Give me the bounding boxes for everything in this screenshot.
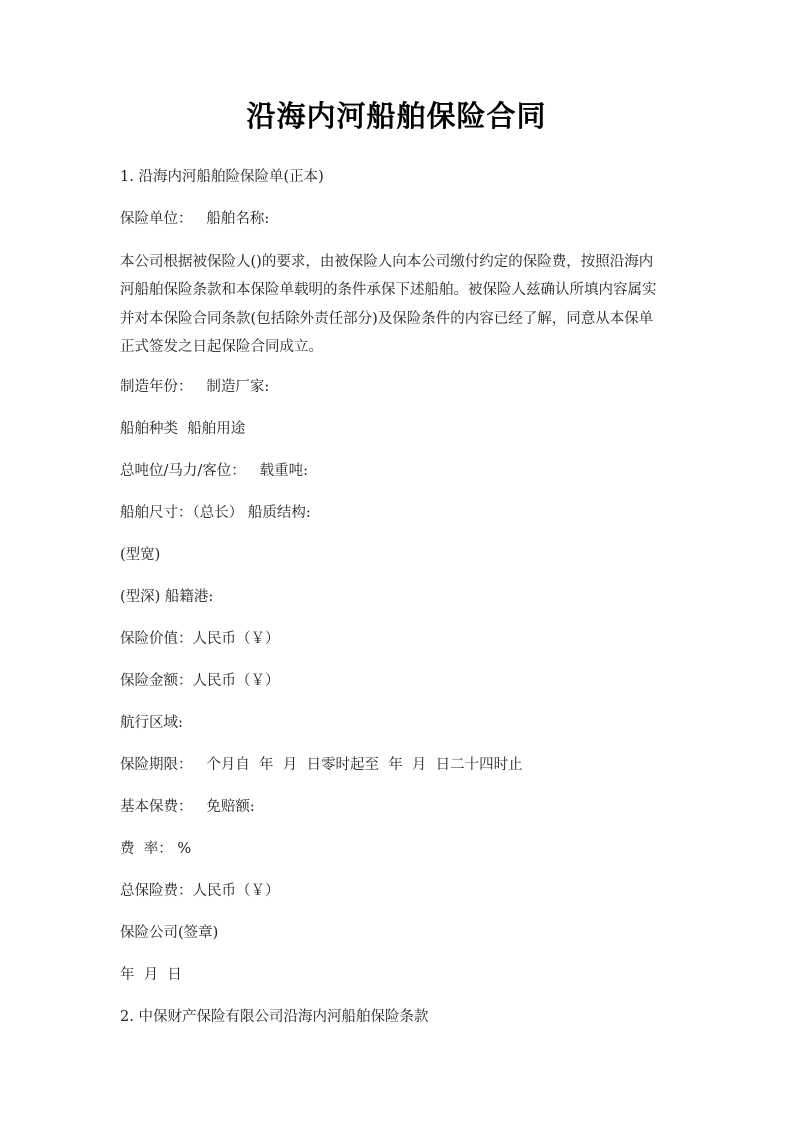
field-insured-value: 保险价值：人民币（￥） xyxy=(120,629,280,649)
section-1-heading: 1. 沿海内河船舶险保险单(正本) xyxy=(120,167,324,187)
intro-paragraph-line: 本公司根据被保险人()的要求，由被保险人向本公司缴付约定的保险费，按照沿海内 xyxy=(120,248,678,276)
field-basic-premium: 基本保费： 免赔额: xyxy=(120,797,255,817)
field-tonnage: 总吨位/马力/客位： 载重吨: xyxy=(120,461,308,481)
intro-paragraph: 本公司根据被保险人()的要求，由被保险人向本公司缴付约定的保险费，按照沿海内 河… xyxy=(120,248,678,361)
field-manufacture-year: 制造年份： 制造厂家: xyxy=(120,377,269,397)
intro-paragraph-line: 并对本保险合同条款(包括除外责任部分)及保险条件的内容已经了解，同意从本保单 xyxy=(120,305,678,333)
field-total-premium: 总保险费：人民币（￥） xyxy=(120,881,280,901)
document-page: 沿海内河船舶保险合同 1. 沿海内河船舶险保险单(正本) 保险单位： 船舶名称:… xyxy=(0,0,793,1122)
section-2-heading: 2. 中保财产保险有限公司沿海内河船舶保险条款 xyxy=(120,1007,428,1027)
field-insurance-period: 保险期限： 个月自 年 月 日零时起至 年 月 日二十四时止 xyxy=(120,755,523,775)
field-ship-type: 船舶种类 船舶用途 xyxy=(120,419,245,439)
field-rate: 费 率： % xyxy=(120,839,191,859)
intro-paragraph-line: 正式签发之日起保险合同成立。 xyxy=(120,333,678,361)
field-beam: (型宽) xyxy=(120,545,160,565)
insured-unit-line: 保险单位： 船舶名称: xyxy=(120,209,269,229)
field-insured-amount: 保险金额：人民币（￥） xyxy=(120,671,280,691)
field-date: 年 月 日 xyxy=(120,965,182,985)
field-ship-size: 船舶尺寸：（总长） 船质结构: xyxy=(120,503,311,523)
intro-paragraph-line: 河船舶保险条款和本保险单载明的条件承保下述船舶。被保险人兹确认所填内容属实 xyxy=(120,276,678,304)
document-title: 沿海内河船舶保险合同 xyxy=(0,96,793,136)
field-company-seal: 保险公司(签章) xyxy=(120,923,218,943)
field-navigation-area: 航行区域: xyxy=(120,713,183,733)
field-depth-port: (型深) 船籍港: xyxy=(120,587,213,607)
